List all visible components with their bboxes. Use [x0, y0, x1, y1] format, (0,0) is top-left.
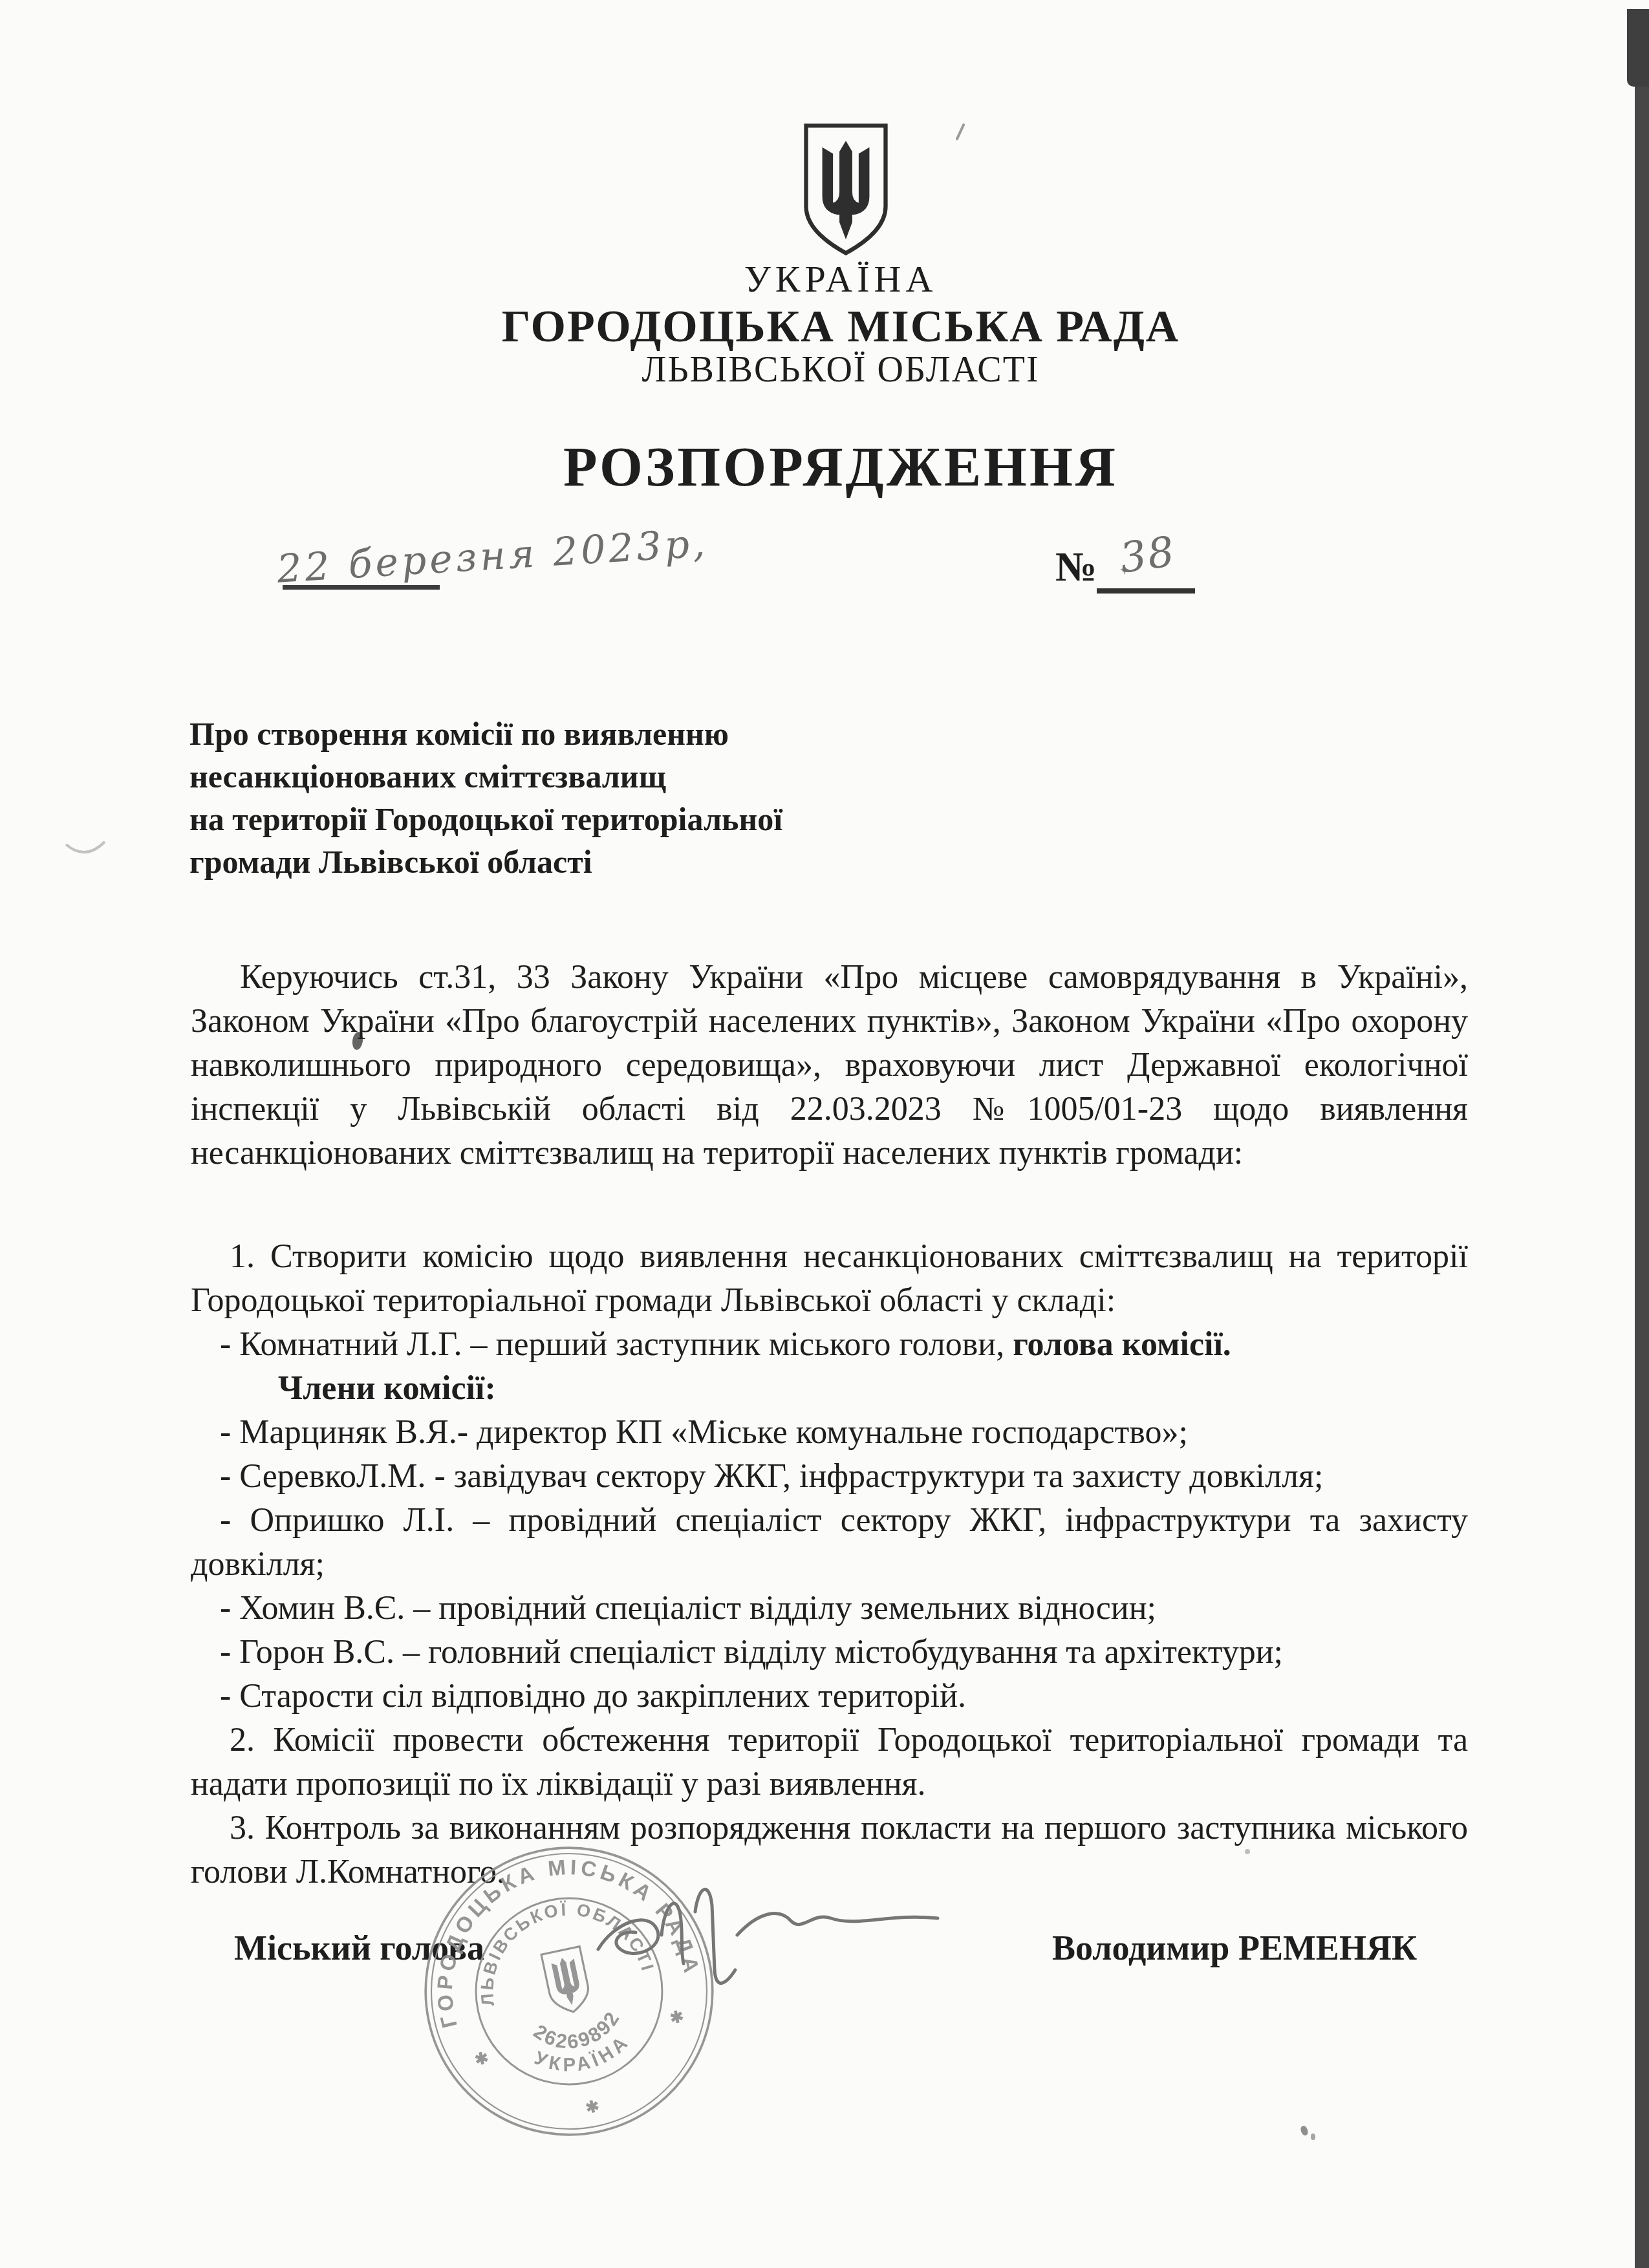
member-line: - Горон В.С. – головний спеціаліст відді… [191, 1631, 1468, 1674]
speck-artifact [1311, 2134, 1315, 2140]
preamble-paragraph: Керуючись ст.31, 33 Закону України «Про … [191, 956, 1468, 1175]
item-2: 2. Комісії провести обстеження території… [191, 1718, 1468, 1806]
subject-line: несанкціонованих сміттєзвалищ [189, 755, 998, 798]
signer-name: Володимир РЕМЕНЯК [1052, 1928, 1417, 1968]
country-name: УКРАЇНА [32, 257, 1649, 301]
handwritten-signature [585, 1872, 947, 2020]
member-line: - СеревкоЛ.М. - завідувач сектору ЖКГ, і… [191, 1455, 1468, 1499]
commission-head-line: - Комнатний Л.Г. – перший заступник місь… [191, 1323, 1468, 1367]
member-line: - Хомин В.Є. – провідний спеціаліст відд… [191, 1587, 1468, 1631]
scan-corner-artifact [1627, 9, 1649, 87]
speck-artifact [1300, 2125, 1309, 2137]
handwritten-number: 38 [1117, 528, 1178, 583]
subject-line: на території Городоцької територіальної [189, 798, 998, 840]
subject-line: Про створення комісії по виявленню [189, 712, 998, 755]
stamp-star-icon: ✱ [473, 2049, 490, 2070]
document-title: РОЗПОРЯДЖЕННЯ [32, 434, 1649, 499]
subject-block: Про створення комісії по виявленню несан… [189, 712, 998, 883]
member-line: - Марциняк В.Я.- директор КП «Міське ком… [191, 1411, 1468, 1455]
date-underline [283, 555, 440, 590]
pencil-arc-artifact [65, 833, 110, 865]
number-label: № [1055, 543, 1097, 591]
stamp-star-icon: ✱ [584, 2097, 601, 2117]
commission-head-role: голова комісії. [1013, 1326, 1231, 1363]
slash-artifact [955, 123, 965, 140]
document-body: Керуючись ст.31, 33 Закону України «Про … [191, 956, 1468, 1894]
item-1: 1. Створити комісію щодо виявлення несан… [191, 1235, 1468, 1323]
member-line: - Опришко Л.І. – провідний спеціаліст се… [191, 1499, 1468, 1587]
member-line: - Старости сіл відповідно до закріплених… [191, 1674, 1468, 1718]
region-name: ЛЬВІВСЬКОЇ ОБЛАСТІ [32, 349, 1649, 390]
members-heading: Члени комісії: [191, 1367, 1468, 1411]
subject-line: громади Львівської області [189, 840, 998, 883]
council-name: ГОРОДОЦЬКА МІСЬКА РАДА [32, 301, 1649, 353]
commission-head-text: - Комнатний Л.Г. – перший заступник місь… [220, 1326, 1013, 1363]
ukraine-trident-emblem-icon [797, 122, 895, 259]
document-page: УКРАЇНА ГОРОДОЦЬКА МІСЬКА РАДА ЛЬВІВСЬКО… [0, 0, 1649, 2268]
